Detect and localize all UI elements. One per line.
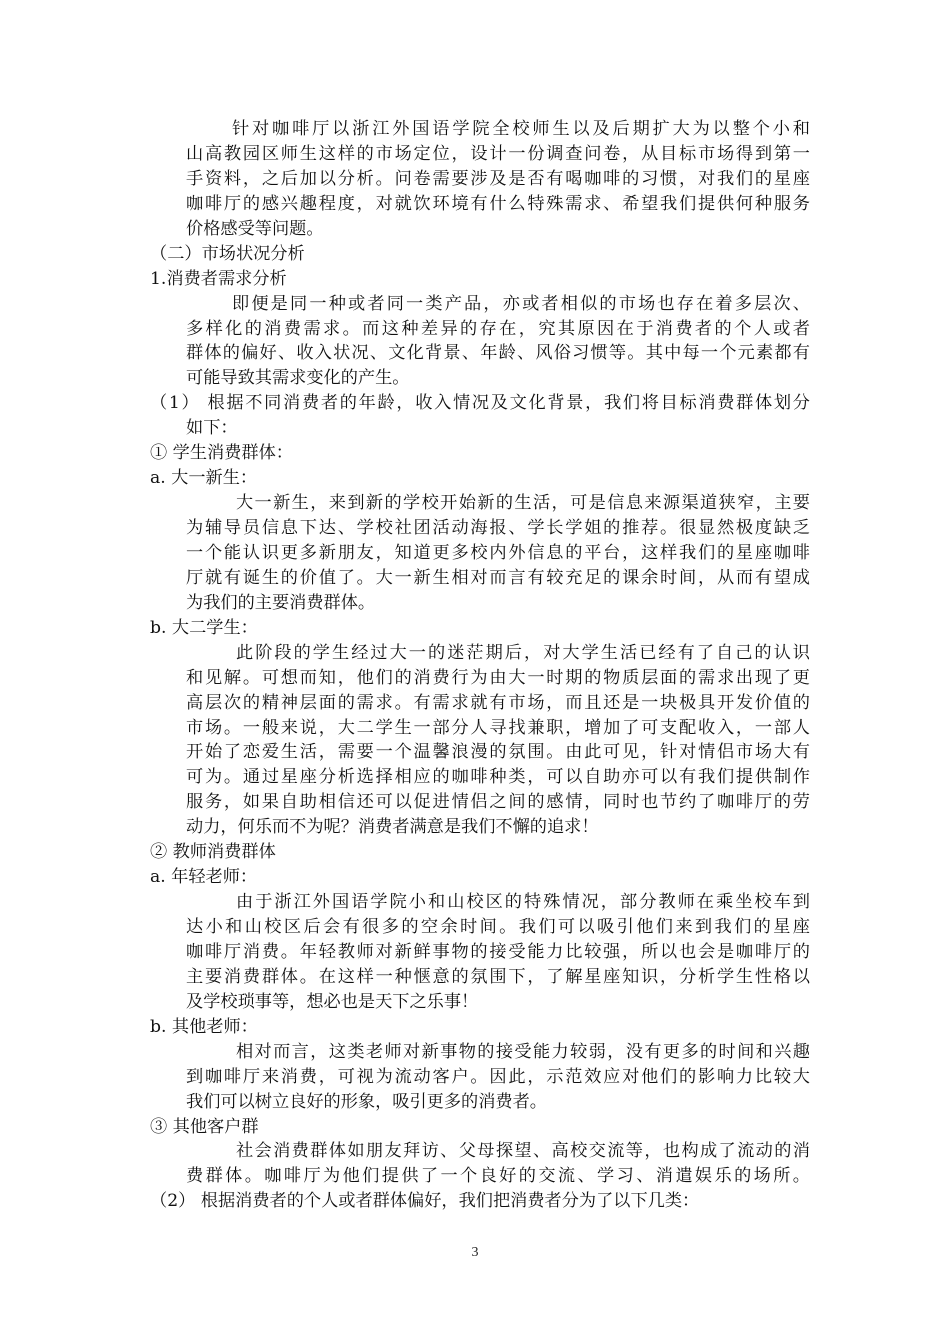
text-line: 厅就有诞生的价值了。大一新生相对而言有较充足的课余时间，从而有望成 <box>150 566 810 591</box>
text-line: 高层次的精神层面的需求。有需求就有市场，而且还是一块极具开发价值的 <box>150 691 810 716</box>
text-line: 由于浙江外国语学院小和山校区的特殊情况，部分教师在乘坐校车到 <box>150 890 810 915</box>
text-line: b. 大二学生： <box>150 616 810 641</box>
text-line: 山高教园区师生这样的市场定位，设计一份调查问卷，从目标市场得到第一 <box>150 142 810 167</box>
text-line: （2） 根据消费者的个人或者群体偏好，我们把消费者分为了以下几类： <box>150 1189 810 1214</box>
text-line: 开始了恋爱生活，需要一个温馨浪漫的氛围。由此可见，针对情侣市场大有 <box>150 740 810 765</box>
text-line: 1.消费者需求分析 <box>150 267 810 292</box>
text-line: 及学校琐事等，想必也是天下之乐事！ <box>150 990 810 1015</box>
page-number: 3 <box>465 1245 485 1261</box>
text-line: 达小和山校区后会有很多的空余时间。我们可以吸引他们来到我们的星座 <box>150 915 810 940</box>
text-line: 费群体。咖啡厅为他们提供了一个良好的交流、学习、消遣娱乐的场所。 <box>150 1164 810 1189</box>
text-line: 即便是同一种或者同一类产品，亦或者相似的市场也存在着多层次、 <box>150 292 810 317</box>
text-line: 为辅导员信息下达、学校社团活动海报、学长学姐的推荐。很显然极度缺乏 <box>150 516 810 541</box>
text-line: ① 学生消费群体： <box>150 441 810 466</box>
text-line: 多样化的消费需求。而这种差异的存在，究其原因在于消费者的个人或者 <box>150 317 810 342</box>
text-line: 服务，如果自助相信还可以促进情侣之间的感情，同时也节约了咖啡厅的劳 <box>150 790 810 815</box>
text-line: 一个能认识更多新朋友，知道更多校内外信息的平台，这样我们的星座咖啡 <box>150 541 810 566</box>
text-line: 到咖啡厅来消费，可视为流动客户。因此，示范效应对他们的影响力比较大 <box>150 1065 810 1090</box>
text-line: 和见解。可想而知，他们的消费行为由大一时期的物质层面的需求出现了更 <box>150 666 810 691</box>
text-line: 市场。一般来说，大二学生一部分人寻找兼职，增加了可支配收入，一部人 <box>150 716 810 741</box>
text-line: 如下： <box>150 416 810 441</box>
text-line: 为我们的主要消费群体。 <box>150 591 810 616</box>
document-page: 针对咖啡厅以浙江外国语学院全校师生以及后期扩大为以整个小和山高教园区师生这样的市… <box>0 0 950 1344</box>
text-line: 相对而言，这类老师对新事物的接受能力较弱，没有更多的时间和兴趣 <box>150 1040 810 1065</box>
text-line: b. 其他老师： <box>150 1015 810 1040</box>
text-line: 群体的偏好、收入状况、文化背景、年龄、风俗习惯等。其中每一个元素都有 <box>150 341 810 366</box>
text-line: 社会消费群体如朋友拜访、父母探望、高校交流等，也构成了流动的消 <box>150 1139 810 1164</box>
text-line: 手资料，之后加以分析。问卷需要涉及是否有喝咖啡的习惯，对我们的星座 <box>150 167 810 192</box>
text-line: 价格感受等问题。 <box>150 217 810 242</box>
text-line: （1） 根据不同消费者的年龄，收入情况及文化背景，我们将目标消费群体划分 <box>150 391 810 416</box>
text-line: 咖啡厅的感兴趣程度，对就饮环境有什么特殊需求、希望我们提供何种服务 <box>150 192 810 217</box>
text-line: 此阶段的学生经过大一的迷茫期后，对大学生活已经有了自己的认识 <box>150 641 810 666</box>
text-line: a. 大一新生： <box>150 466 810 491</box>
text-line: a. 年轻老师： <box>150 865 810 890</box>
document-body: 针对咖啡厅以浙江外国语学院全校师生以及后期扩大为以整个小和山高教园区师生这样的市… <box>150 117 810 1214</box>
text-line: 大一新生，来到新的学校开始新的生活，可是信息来源渠道狭窄，主要 <box>150 491 810 516</box>
text-line: 动力，何乐而不为呢？消费者满意是我们不懈的追求！ <box>150 815 810 840</box>
text-line: 针对咖啡厅以浙江外国语学院全校师生以及后期扩大为以整个小和 <box>150 117 810 142</box>
text-line: 咖啡厅消费。年轻教师对新鲜事物的接受能力比较强，所以也会是咖啡厅的 <box>150 940 810 965</box>
text-line: 主要消费群体。在这样一种惬意的氛围下，了解星座知识，分析学生性格以 <box>150 965 810 990</box>
text-line: （二）市场状况分析 <box>150 242 810 267</box>
text-line: ② 教师消费群体 <box>150 840 810 865</box>
text-line: ③ 其他客户群 <box>150 1115 810 1140</box>
text-line: 可为。通过星座分析选择相应的咖啡种类，可以自助亦可以有我们提供制作 <box>150 765 810 790</box>
text-line: 我们可以树立良好的形象，吸引更多的消费者。 <box>150 1090 810 1115</box>
text-line: 可能导致其需求变化的产生。 <box>150 366 810 391</box>
